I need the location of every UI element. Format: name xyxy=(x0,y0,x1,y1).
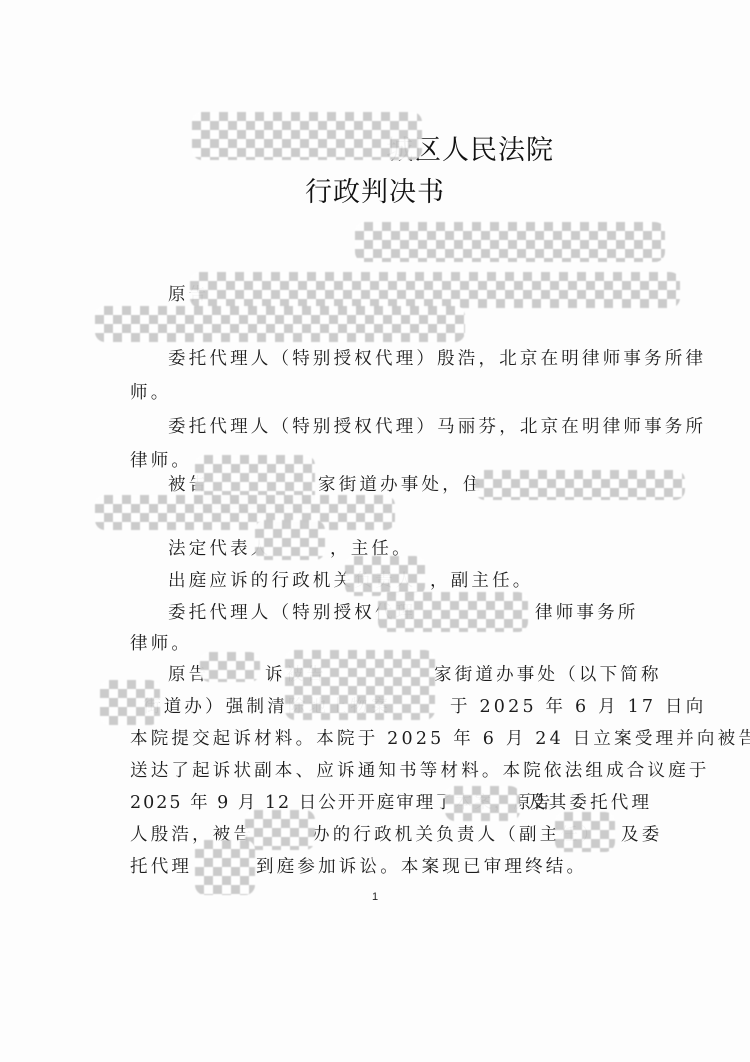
case-body-l4: 送达了起诉状副本、应诉通知书等材料。本院依法组成合议庭于 xyxy=(130,757,710,782)
redaction-plaintiff-name-2 xyxy=(445,786,520,821)
redaction-plaintiff-address xyxy=(95,306,465,342)
redaction-abbrev xyxy=(100,680,160,725)
redaction-defendant-address-2 xyxy=(95,495,395,530)
case-body-l3: 本院提交起诉材料。本院于 2025 年 6 月 24 日立案受理并向被告 xyxy=(130,725,750,750)
case-body-l1c: 家街道办事处（以下简称 xyxy=(434,661,662,686)
agent2-line2: 律师。 xyxy=(130,447,192,472)
redaction-court-name xyxy=(192,112,422,160)
responsible-title: ，副主任。 xyxy=(430,567,534,592)
defendant-name-tail: 家街道办事处，住 xyxy=(318,471,484,496)
redaction-responsible-name xyxy=(345,556,425,596)
redaction-vice-director xyxy=(555,812,615,852)
case-body-l7b: 到庭参加诉讼。本案现已审理终结。 xyxy=(256,853,587,878)
case-body-l2b: 于 2025 年 6 月 17 日向 xyxy=(450,693,706,718)
agent1-line1: 委托代理人（特别授权代理）殷浩，北京在明律师事务所律 xyxy=(168,345,706,370)
redaction-legal-rep xyxy=(255,520,325,560)
redaction-defendant-short xyxy=(245,810,315,850)
redaction-case-number xyxy=(355,222,665,262)
case-body-l6c: 及委 xyxy=(621,821,662,846)
redaction-agent3-name xyxy=(378,592,528,632)
agent3-firm-tail: 律师事务所 xyxy=(535,599,639,624)
redaction-defendant-address xyxy=(475,470,685,500)
document-type-title: 行政判决书 xyxy=(0,170,750,209)
redaction-agent-name xyxy=(195,840,255,895)
agent3-line2: 律师。 xyxy=(130,630,192,655)
case-body-l5b: 及其委托代理 xyxy=(528,789,652,814)
redaction-defendant-name-2 xyxy=(285,650,435,720)
redaction-plaintiff-info xyxy=(190,272,680,308)
agent1-line2: 师。 xyxy=(130,379,171,404)
document-page: 城区人民法院 行政判决书 原告 委托代理人（特别授权代理）殷浩，北京在明律师事务… xyxy=(0,0,750,1062)
page-number: 1 xyxy=(0,891,750,903)
redaction-plaintiff-name xyxy=(200,652,260,682)
case-body-l7a: 托代理 xyxy=(130,853,192,878)
agent2-line1: 委托代理人（特别授权代理）马丽芬，北京在明律师事务所 xyxy=(168,413,706,438)
